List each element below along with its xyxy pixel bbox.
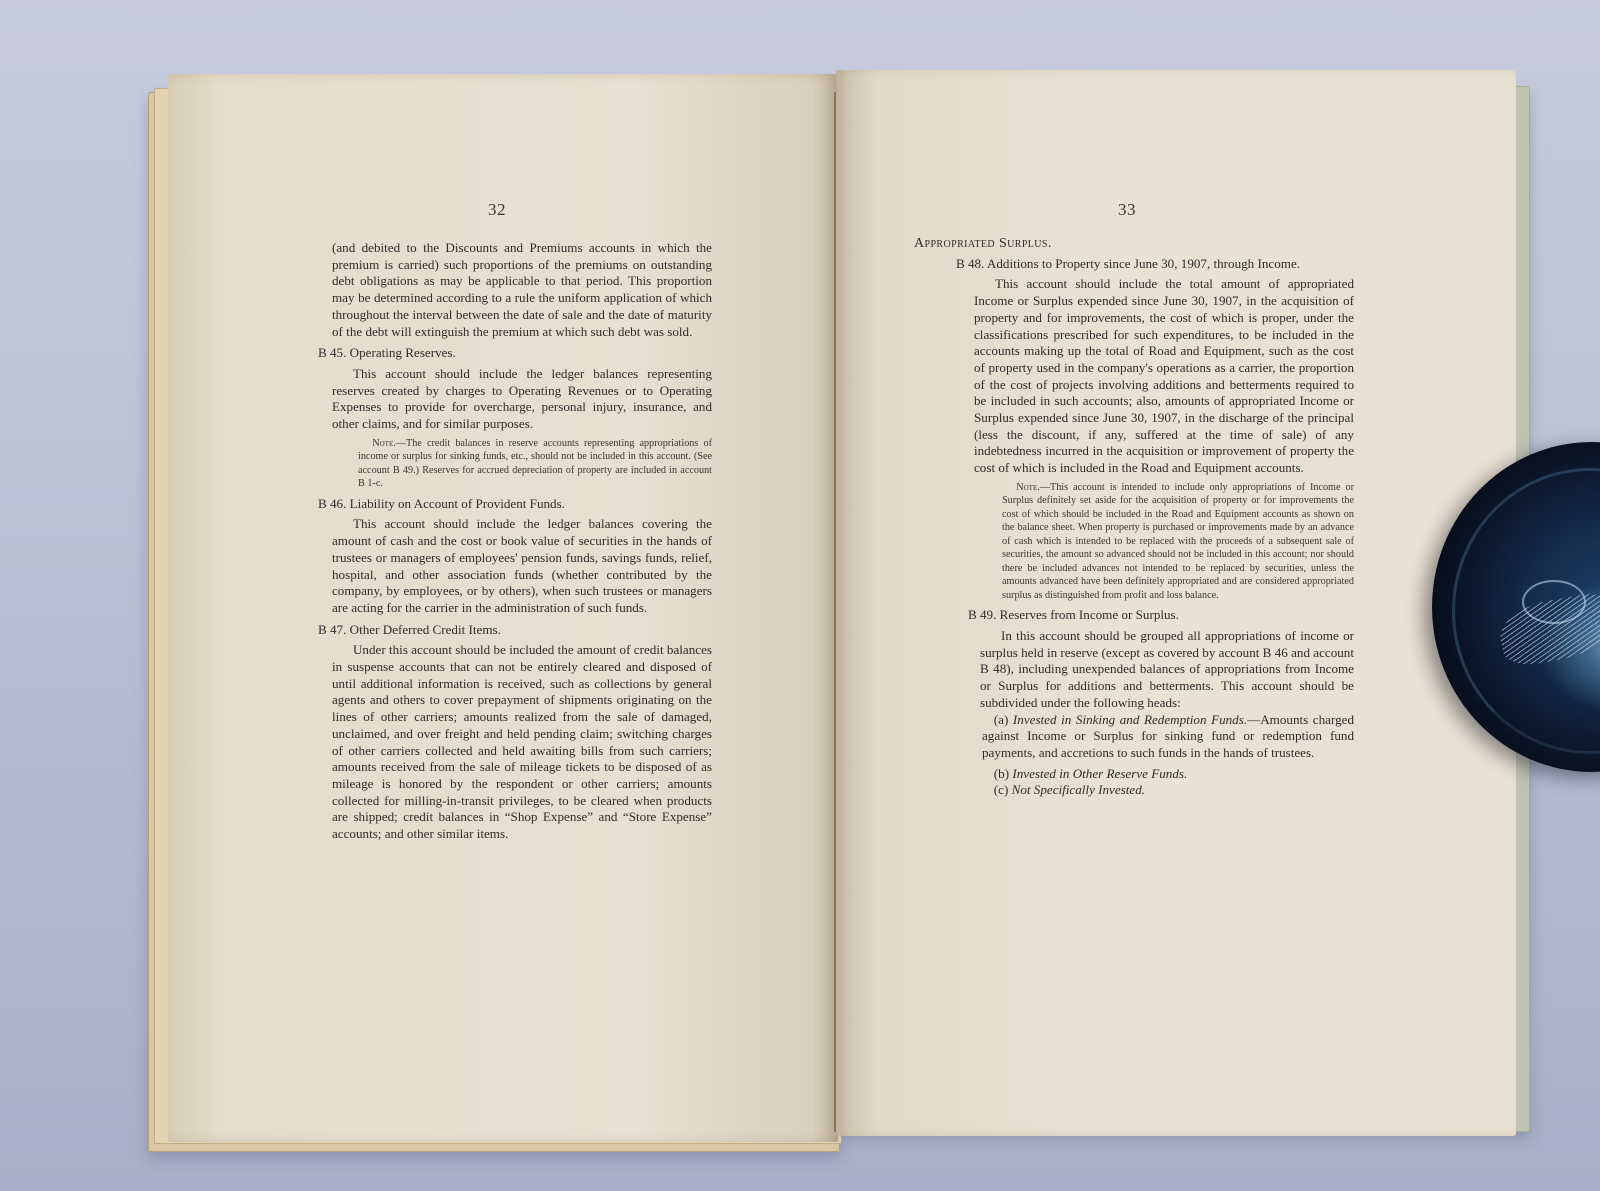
subhead-a: (a) Invested in Sinking and Redemption F… (914, 712, 1354, 762)
note-label: Note. (372, 438, 396, 449)
section-body-b49: In this account should be grouped all ap… (914, 628, 1354, 712)
section-title: Appropriated Surplus. (914, 236, 1354, 253)
note-text: —The credit balances in reserve accounts… (358, 438, 712, 490)
section-body-b47: Under this account should be included th… (332, 642, 712, 842)
section-heading-b45: B 45. Operating Reserves. (318, 345, 712, 362)
subhead-c-title: Not Specifically Invested. (1012, 782, 1145, 797)
right-page: 33 Appropriated Surplus. B 48. Additions… (836, 70, 1516, 1136)
section-body-b45: This account should include the ledger b… (332, 366, 712, 433)
note-b45: Note.—The credit balances in reserve acc… (332, 437, 712, 491)
section-body-b46: This account should include the ledger b… (332, 516, 712, 616)
subhead-b-label: (b) (994, 766, 1009, 781)
page-number-left: 32 (488, 200, 506, 220)
section-heading-b49: B 49. Reserves from Income or Surplus. (914, 607, 1354, 624)
left-page: 32 (and debited to the Discounts and Pre… (168, 74, 838, 1142)
subhead-b: (b) Invested in Other Reserve Funds. (914, 766, 1354, 783)
open-book: 32 (and debited to the Discounts and Pre… (0, 0, 1600, 1191)
section-body-b48: This account should include the total am… (914, 276, 1354, 476)
subhead-c-label: (c) (994, 782, 1009, 797)
section-heading-b47: B 47. Other Deferred Credit Items. (318, 622, 712, 639)
page-number-right: 33 (1118, 200, 1136, 220)
right-page-text: Appropriated Surplus. B 48. Additions to… (914, 236, 1354, 799)
subhead-a-title: Invested in Sinking and Redemption Funds… (1013, 712, 1247, 727)
left-page-text: (and debited to the Discounts and Premiu… (332, 240, 712, 843)
note-label: Note. (1016, 482, 1040, 493)
note-b48: Note.—This account is intended to includ… (914, 481, 1354, 603)
subhead-c: (c) Not Specifically Invested. (914, 782, 1354, 799)
subhead-b-title: Invested in Other Reserve Funds. (1012, 766, 1187, 781)
section-heading-b48: B 48. Additions to Property since June 3… (914, 256, 1354, 273)
continuation-paragraph: (and debited to the Discounts and Premiu… (332, 240, 712, 340)
subhead-a-label: (a) (994, 712, 1009, 727)
note-text: —This account is intended to include onl… (1002, 482, 1354, 601)
section-heading-b46: B 46. Liability on Account of Provident … (318, 496, 712, 513)
